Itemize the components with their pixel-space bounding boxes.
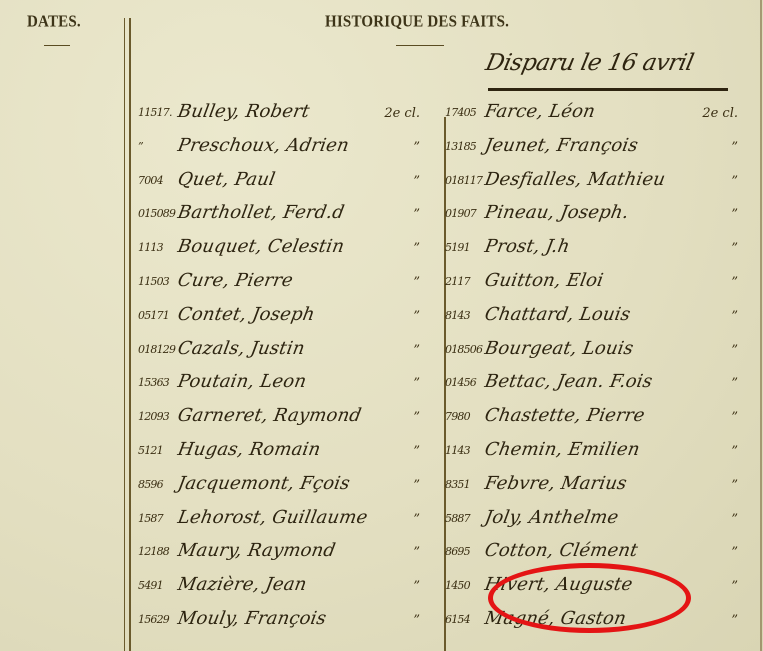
class-mark: ” bbox=[731, 545, 738, 560]
soldier-name: Joly, Anthelme bbox=[483, 507, 620, 528]
soldier-name: Chastette, Pierre bbox=[483, 405, 646, 426]
service-number: 018506 bbox=[445, 343, 482, 356]
service-number: 11517. bbox=[138, 106, 172, 119]
history-column-header: HISTORIQUE DES FAITS. bbox=[325, 13, 509, 33]
service-number: 8143 bbox=[445, 309, 470, 322]
soldier-name: Bulley, Robert bbox=[176, 101, 311, 122]
list-item: 1113Bouquet, Celestin” bbox=[138, 233, 438, 267]
soldier-name: Chemin, Emilien bbox=[483, 439, 641, 460]
class-mark: ” bbox=[731, 343, 738, 358]
class-mark: ” bbox=[413, 343, 420, 358]
soldier-name: Jeunet, François bbox=[483, 135, 640, 156]
list-item: 5121Hugas, Romain” bbox=[138, 436, 438, 470]
section-heading-underline bbox=[488, 88, 728, 91]
list-item: 7980Chastette, Pierre” bbox=[445, 402, 750, 436]
service-number: 01456 bbox=[445, 376, 476, 389]
service-number: 8596 bbox=[138, 478, 163, 491]
list-item: 2117Guitton, Eloi” bbox=[445, 267, 750, 301]
class-mark: ” bbox=[413, 376, 420, 391]
list-item: 018506Bourgeat, Louis” bbox=[445, 335, 750, 369]
class-mark: ” bbox=[413, 207, 420, 222]
service-number: 15629 bbox=[138, 613, 169, 626]
list-item: 13185Jeunet, François” bbox=[445, 132, 750, 166]
class-mark: 2e cl. bbox=[384, 106, 420, 121]
class-mark: ” bbox=[731, 140, 738, 155]
soldier-name: Bettac, Jean. F.ois bbox=[483, 371, 654, 392]
list-item: 15363Poutain, Leon” bbox=[138, 368, 438, 402]
soldier-name: Preschoux, Adrien bbox=[176, 135, 351, 156]
class-mark: ” bbox=[413, 444, 420, 459]
class-mark: ” bbox=[413, 410, 420, 425]
class-mark: ” bbox=[413, 140, 420, 155]
service-number: 12188 bbox=[138, 545, 169, 558]
soldier-name: Lehorost, Guillaume bbox=[176, 507, 369, 528]
service-number: 015089 bbox=[138, 207, 175, 220]
list-item: 17405Farce, Léon2e cl. bbox=[445, 98, 750, 132]
service-number: 018129 bbox=[138, 343, 175, 356]
soldier-name: Mazière, Jean bbox=[176, 574, 308, 595]
list-item: 5191Prost, J.h” bbox=[445, 233, 750, 267]
service-number: 05171 bbox=[138, 309, 169, 322]
soldier-name: Bouquet, Celestin bbox=[176, 236, 346, 257]
soldier-name: Mouly, François bbox=[176, 608, 328, 629]
soldier-name: Desfialles, Mathieu bbox=[483, 169, 667, 190]
service-number: 5491 bbox=[138, 579, 163, 592]
list-item: 05171Contet, Joseph” bbox=[138, 301, 438, 335]
dates-column-header: DATES. bbox=[27, 13, 81, 33]
list-item: 15629Mouly, François” bbox=[138, 605, 438, 639]
list-item: ”Preschoux, Adrien” bbox=[138, 132, 438, 166]
history-header-rule bbox=[396, 45, 444, 46]
class-mark: ” bbox=[413, 579, 420, 594]
service-number: 7004 bbox=[138, 174, 163, 187]
soldier-name: Cazals, Justin bbox=[176, 338, 306, 359]
service-number: 8351 bbox=[445, 478, 470, 491]
list-item: 01456Bettac, Jean. F.ois” bbox=[445, 368, 750, 402]
list-item: 12093Garneret, Raymond” bbox=[138, 402, 438, 436]
class-mark: ” bbox=[731, 207, 738, 222]
class-mark: ” bbox=[413, 309, 420, 324]
soldier-name: Pineau, Joseph. bbox=[483, 202, 630, 223]
soldier-name: Contet, Joseph bbox=[176, 304, 316, 325]
service-number: 5887 bbox=[445, 512, 470, 525]
class-mark: ” bbox=[731, 444, 738, 459]
right-name-list: 17405Farce, Léon2e cl. 13185Jeunet, Fran… bbox=[445, 98, 750, 639]
class-mark: ” bbox=[731, 174, 738, 189]
service-number: 1587 bbox=[138, 512, 163, 525]
soldier-name: Jacquemont, Fçois bbox=[176, 473, 351, 494]
list-item: 015089Barthollet, Ferd.d” bbox=[138, 199, 438, 233]
list-item: 11503Cure, Pierre” bbox=[138, 267, 438, 301]
class-mark: ” bbox=[413, 478, 420, 493]
class-mark: ” bbox=[731, 241, 738, 256]
soldier-name: Cure, Pierre bbox=[176, 270, 295, 291]
service-number: 01907 bbox=[445, 207, 476, 220]
service-number: 5191 bbox=[445, 241, 470, 254]
list-item: 8351Febvre, Marius” bbox=[445, 470, 750, 504]
service-number: 12093 bbox=[138, 410, 169, 423]
column-divider-outer bbox=[124, 18, 125, 651]
class-mark: ” bbox=[731, 410, 738, 425]
red-highlight-circle bbox=[488, 563, 691, 633]
service-number: 8695 bbox=[445, 545, 470, 558]
list-item: 11517.Bulley, Robert2e cl. bbox=[138, 98, 438, 132]
class-mark: ” bbox=[413, 275, 420, 290]
service-number: 1113 bbox=[138, 241, 163, 254]
class-mark: ” bbox=[731, 579, 738, 594]
class-mark: ” bbox=[731, 478, 738, 493]
soldier-name: Hugas, Romain bbox=[176, 439, 322, 460]
soldier-name: Febvre, Marius bbox=[483, 473, 628, 494]
service-number: 2117 bbox=[445, 275, 470, 288]
class-mark: ” bbox=[731, 275, 738, 290]
list-item: 1587Lehorost, Guillaume” bbox=[138, 504, 438, 538]
class-mark: ” bbox=[731, 512, 738, 527]
class-mark: ” bbox=[731, 309, 738, 324]
list-item: 1143Chemin, Emilien” bbox=[445, 436, 750, 470]
soldier-name: Chattard, Louis bbox=[483, 304, 632, 325]
service-number: 11503 bbox=[138, 275, 169, 288]
service-number: 1143 bbox=[445, 444, 470, 457]
dates-header-rule bbox=[44, 45, 70, 46]
list-item: 018129Cazals, Justin” bbox=[138, 335, 438, 369]
list-item: 5887Joly, Anthelme” bbox=[445, 504, 750, 538]
service-number: 17405 bbox=[445, 106, 476, 119]
section-heading: Disparu le 16 avril bbox=[483, 50, 695, 76]
soldier-name: Poutain, Leon bbox=[176, 371, 308, 392]
service-number: 13185 bbox=[445, 140, 476, 153]
list-item: 5491Mazière, Jean” bbox=[138, 571, 438, 605]
service-number: ” bbox=[138, 140, 143, 153]
page-edge-rule bbox=[760, 0, 762, 651]
soldier-name: Barthollet, Ferd.d bbox=[176, 202, 346, 223]
service-number: 5121 bbox=[138, 444, 163, 457]
class-mark: ” bbox=[731, 613, 738, 628]
class-mark: ” bbox=[413, 174, 420, 189]
service-number: 6154 bbox=[445, 613, 470, 626]
class-mark: ” bbox=[413, 512, 420, 527]
list-item: 8596Jacquemont, Fçois” bbox=[138, 470, 438, 504]
service-number: 15363 bbox=[138, 376, 169, 389]
list-item: 8143Chattard, Louis” bbox=[445, 301, 750, 335]
class-mark: ” bbox=[413, 241, 420, 256]
column-divider-inner bbox=[129, 18, 131, 651]
list-item: 018117Desfialles, Mathieu” bbox=[445, 166, 750, 200]
class-mark: ” bbox=[731, 376, 738, 391]
service-number: 018117 bbox=[445, 174, 482, 187]
soldier-name: Maury, Raymond bbox=[176, 540, 337, 561]
soldier-name: Farce, Léon bbox=[483, 101, 597, 122]
list-item: 7004Quet, Paul” bbox=[138, 166, 438, 200]
class-mark: 2e cl. bbox=[702, 106, 738, 121]
class-mark: ” bbox=[413, 545, 420, 560]
soldier-name: Prost, J.h bbox=[483, 236, 571, 257]
soldier-name: Bourgeat, Louis bbox=[483, 338, 635, 359]
service-number: 1450 bbox=[445, 579, 470, 592]
class-mark: ” bbox=[413, 613, 420, 628]
soldier-name: Garneret, Raymond bbox=[176, 405, 363, 426]
list-item: 01907Pineau, Joseph.” bbox=[445, 199, 750, 233]
service-number: 7980 bbox=[445, 410, 470, 423]
list-item: 12188Maury, Raymond” bbox=[138, 537, 438, 571]
soldier-name: Cotton, Clément bbox=[483, 540, 639, 561]
left-name-list: 11517.Bulley, Robert2e cl. ”Preschoux, A… bbox=[138, 98, 438, 639]
soldier-name: Guitton, Eloi bbox=[483, 270, 605, 291]
soldier-name: Quet, Paul bbox=[176, 169, 277, 190]
